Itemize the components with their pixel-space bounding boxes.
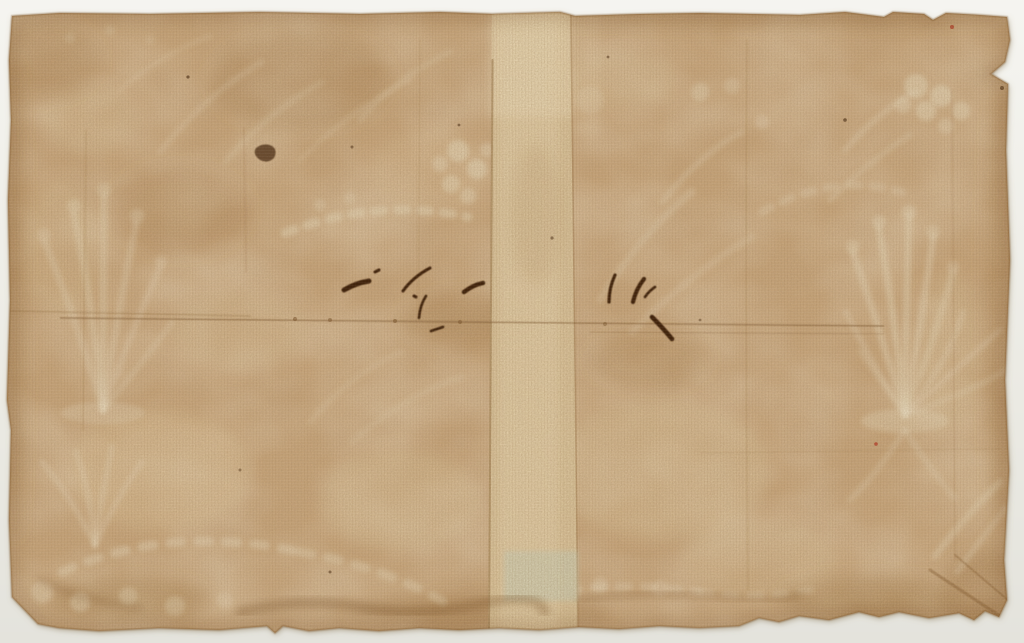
- paper-surface: [0, 6, 1024, 640]
- paper-grain: [8, 10, 1014, 636]
- scan-background: [0, 0, 1024, 643]
- paper-artifact: [0, 0, 1024, 643]
